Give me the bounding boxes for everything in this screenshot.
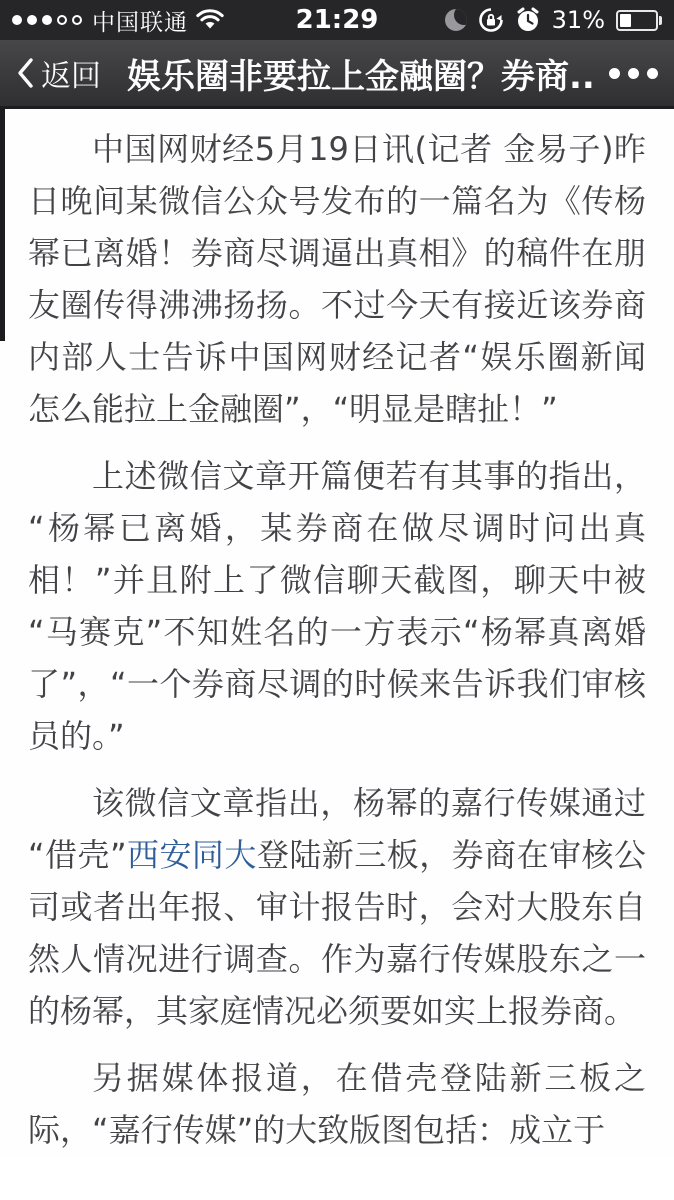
- signal-dot: [42, 15, 52, 25]
- battery-icon: [616, 10, 662, 31]
- battery-tip: [659, 16, 662, 25]
- chevron-left-icon: [16, 57, 34, 89]
- stock-link-xian-tongda[interactable]: 西安同大: [127, 836, 257, 874]
- status-bar-right: 31%: [445, 6, 662, 34]
- more-dots-icon: [609, 68, 620, 79]
- page-title: 娱乐圈非要拉上金融圈？券商...: [127, 49, 595, 98]
- battery-body: [616, 10, 658, 31]
- signal-dot: [72, 15, 82, 25]
- back-button[interactable]: 返回: [16, 51, 101, 95]
- signal-dot: [27, 15, 37, 25]
- nav-bar: 返回 娱乐圈非要拉上金融圈？券商...: [0, 40, 674, 109]
- back-button-label: 返回: [41, 51, 101, 95]
- orientation-lock-icon: [478, 7, 504, 33]
- battery-percent-label: 31%: [552, 6, 605, 34]
- battery-fill: [620, 14, 631, 27]
- article-paragraph: 中国网财经5月19日讯(记者 金易子)昨日晚间某微信公众号发布的一篇名为《传杨幂…: [28, 123, 646, 435]
- screenshot-edge-strip: [0, 109, 5, 341]
- signal-dot: [57, 15, 67, 25]
- article-paragraph: 上述微信文章开篇便若有其事的指出，“杨幂已离婚，某券商在做尽调时问出真相！”并且…: [28, 450, 646, 762]
- article-body: 中国网财经5月19日讯(记者 金易子)昨日晚间某微信公众号发布的一篇名为《传杨幂…: [0, 109, 674, 1156]
- do-not-disturb-moon-icon: [445, 9, 467, 31]
- signal-dot: [12, 15, 22, 25]
- signal-dots-icon: [12, 15, 82, 25]
- carrier-label: 中国联通: [92, 4, 188, 37]
- alarm-clock-icon: [515, 7, 541, 33]
- more-dots-icon: [628, 68, 639, 79]
- article-paragraph: 该微信文章指出，杨幂的嘉行传媒通过“借壳”西安同大登陆新三板，券商在审核公司或者…: [28, 777, 646, 1037]
- more-menu-button[interactable]: [609, 68, 658, 79]
- article-paragraph: 另据媒体报道，在借壳登陆新三板之际，“嘉行传媒”的大致版图包括：成立于: [28, 1052, 646, 1156]
- more-dots-icon: [647, 68, 658, 79]
- wifi-icon: [196, 9, 224, 31]
- status-bar: 中国联通 21:29 31%: [0, 0, 674, 40]
